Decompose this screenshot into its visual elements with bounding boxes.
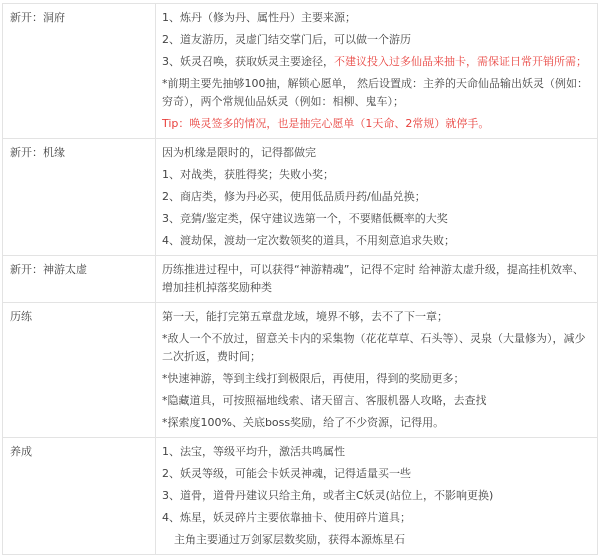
row-label-text: 新开：机缘 [10, 146, 65, 159]
row-content: 1、炼丹（修为丹、属性丹）主要来源； 2、道友游历，灵虚门结交掌门后，可以做一个… [156, 4, 598, 139]
row-label: 历练 [3, 303, 156, 438]
content-paragraph: 1、炼丹（修为丹、属性丹）主要来源； [162, 9, 589, 27]
row-label-text: 历练 [10, 310, 32, 323]
row-content: 1、法宝，等级平均升，激活共鸣属性 2、妖灵等级，可能会卡妖灵神魂，记得适量买一… [156, 438, 598, 517]
row-label: 新开：机缘 [3, 139, 156, 256]
row-label-text: 养成 [10, 445, 32, 458]
tip-paragraph: Tip：唤灵签多的情况，也是抽完心愿单（1天命、2常规）就停手。 [162, 115, 589, 133]
content-paragraph: 4、炼星，妖灵碎片主要依靠抽卡、使用碎片道具； [162, 509, 589, 516]
content-paragraph: 3、道骨，道骨丹建议只给主角，或者主C妖灵(站位上，不影响更换) [162, 487, 589, 505]
warning-text: 不建议投入过多仙晶来抽卡，需保证日常开销所需； [334, 55, 587, 68]
guide-table: 新开：洞府 1、炼丹（修为丹、属性丹）主要来源； 2、道友游历，灵虚门结交掌门后… [2, 3, 598, 516]
row-content: 第一天，能打完第五章盘龙域，境界不够，去不了下一章； *敌人一个不放过，留意关卡… [156, 303, 598, 438]
row-label: 新开：洞府 [3, 4, 156, 139]
content-paragraph: 第一天，能打完第五章盘龙域，境界不够，去不了下一章； [162, 308, 589, 326]
row-label-text: 新开：洞府 [10, 11, 65, 24]
table-row: 新开：神游太虚 历练推进过程中，可以获得“神游精魂”，记得不定时 给神游太虚升级… [3, 256, 598, 303]
content-paragraph: *敌人一个不放过，留意关卡内的采集物（花花草草、石头等）、灵泉（大量修为），减少… [162, 330, 589, 366]
content-paragraph: *快速神游，等到主线打到极限后，再使用，得到的奖励更多； [162, 370, 589, 388]
content-paragraph: 3、竞猜/鉴定类，保守建议选第一个，不要赌低概率的大奖 [162, 210, 589, 228]
table-row: 历练 第一天，能打完第五章盘龙域，境界不够，去不了下一章； *敌人一个不放过，留… [3, 303, 598, 438]
content-paragraph: *探索度100%、关底boss奖励，给了不少资源，记得用。 [162, 414, 589, 432]
content-paragraph: 2、道友游历，灵虚门结交掌门后，可以做一个游历 [162, 31, 589, 49]
table-row: 新开：洞府 1、炼丹（修为丹、属性丹）主要来源； 2、道友游历，灵虚门结交掌门后… [3, 4, 598, 139]
content-paragraph: 4、渡劫保，渡劫一定次数领奖的道具，不用刻意追求失败； [162, 232, 589, 250]
table-row: 养成 1、法宝，等级平均升，激活共鸣属性 2、妖灵等级，可能会卡妖灵神魂，记得适… [3, 438, 598, 517]
content-paragraph: 1、法宝，等级平均升，激活共鸣属性 [162, 443, 589, 461]
content-paragraph: 2、妖灵等级，可能会卡妖灵神魂，记得适量买一些 [162, 465, 589, 483]
content-paragraph: 2、商店类，修为丹必买，使用低品质丹药/仙晶兑换； [162, 188, 589, 206]
row-label: 新开：神游太虚 [3, 256, 156, 303]
table-body: 新开：洞府 1、炼丹（修为丹、属性丹）主要来源； 2、道友游历，灵虚门结交掌门后… [3, 4, 598, 517]
content-paragraph: 历练推进过程中，可以获得“神游精魂”，记得不定时 给神游太虚升级，提高挂机效率、… [162, 261, 589, 297]
content-paragraph: 3、妖灵召唤，获取妖灵主要途径，不建议投入过多仙晶来抽卡，需保证日常开销所需； [162, 53, 589, 71]
row-content: 因为机缘是限时的，记得都做完 1、对战类，获胜得奖；失败小奖； 2、商店类，修为… [156, 139, 598, 256]
content-paragraph: 1、对战类，获胜得奖；失败小奖； [162, 166, 589, 184]
row-label: 养成 [3, 438, 156, 517]
table-row: 新开：机缘 因为机缘是限时的，记得都做完 1、对战类，获胜得奖；失败小奖； 2、… [3, 139, 598, 256]
content-paragraph: *前期主要先抽够100抽，解锁心愿单， 然后设置成：主养的天命仙品输出妖灵（例如… [162, 75, 589, 111]
row-content: 历练推进过程中，可以获得“神游精魂”，记得不定时 给神游太虚升级，提高挂机效率、… [156, 256, 598, 303]
content-paragraph: 因为机缘是限时的，记得都做完 [162, 144, 589, 162]
content-paragraph: *隐藏道具，可按照福地线索、诸天留言、客服机器人攻略，去查找 [162, 392, 589, 410]
row-label-text: 新开：神游太虚 [10, 263, 87, 276]
